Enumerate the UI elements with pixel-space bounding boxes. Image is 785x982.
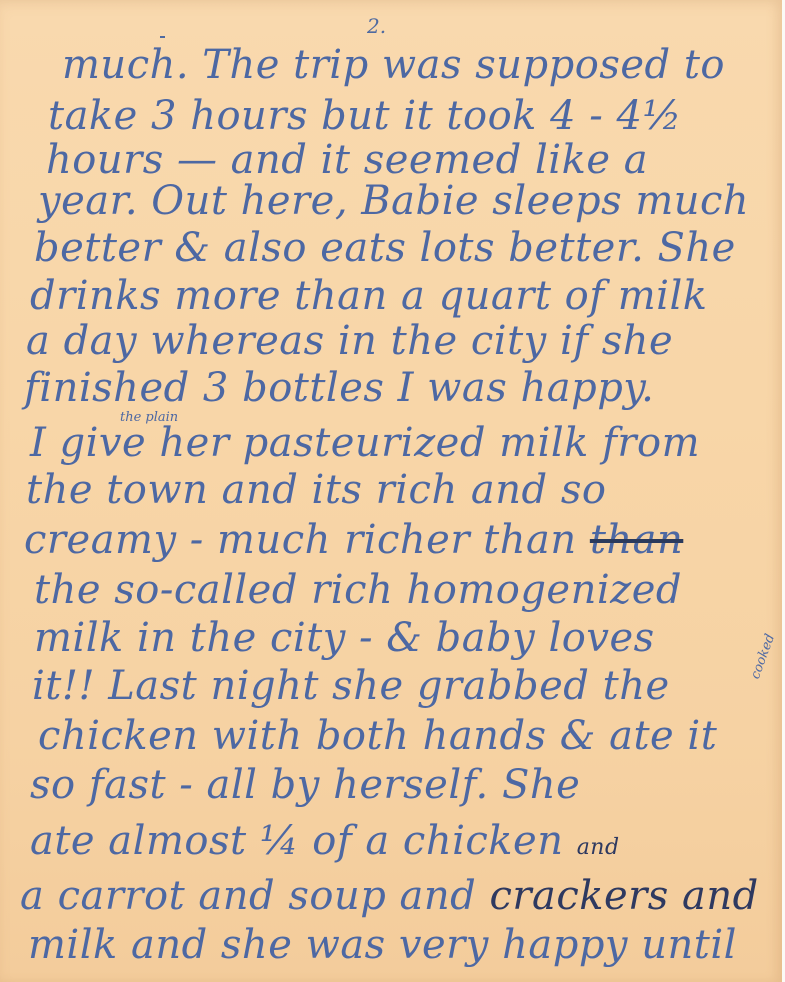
added-word: and [577,835,620,860]
line-text: chicken with both hands & ate it [38,713,717,759]
line-text: the town and its rich and so [26,467,606,513]
handwritten-line: it!! Last night she grabbed the [32,663,670,709]
handwritten-line: I give her pasteurized milk from [30,420,700,466]
handwritten-line: so fast - all by herself. She [30,762,580,808]
handwritten-line: milk and she was very happy until [28,922,737,968]
line-text: ate almost ¼ of a chicken [30,818,563,864]
letter-page: 2. much. The trip was supposed to take 3… [0,0,782,982]
line-text: hours — and it seemed like a [46,137,648,183]
handwritten-line: much. The trip was supposed to [62,42,725,88]
line-text: it!! Last night she grabbed the [32,663,670,709]
line-text: creamy - much richer than [24,517,577,563]
line-text: finished 3 bottles I was happy. [24,365,654,411]
handwritten-line: creamy - much richer than than [24,517,683,563]
added-words: crackers and [489,873,758,919]
handwritten-line: a day whereas in the city if she [26,318,673,364]
handwritten-line: year. Out here, Babie sleeps much [38,178,749,224]
handwritten-line: take 3 hours but it took 4 - 4½ [48,93,682,139]
struck-out-word: than [590,517,683,563]
line-text: milk and she was very happy until [28,922,737,968]
handwritten-line: chicken with both hands & ate it [38,713,717,759]
line-text: year. Out here, Babie sleeps much [38,178,749,224]
page-number: 2. [367,14,386,38]
line-text: the so-called rich homogenized [34,567,682,613]
handwritten-line: a carrot and soup and crackers and [20,873,759,919]
handwritten-line: the so-called rich homogenized [34,567,682,613]
line-text: a carrot and soup and [20,873,476,919]
handwritten-line: hours — and it seemed like a [46,137,648,183]
pen-mark [160,36,165,38]
line-text: take 3 hours but it took 4 - 4½ [48,93,682,139]
handwritten-line: finished 3 bottles I was happy. [24,365,654,411]
handwritten-line: milk in the city - & baby loves [34,615,655,661]
line-text: better & also eats lots better. She [34,225,736,271]
handwritten-line: drinks more than a quart of milk [30,273,707,319]
inserted-text: cooked [748,632,778,681]
line-text: much. The trip was supposed to [62,42,725,88]
handwritten-line: ate almost ¼ of a chicken and [30,818,620,864]
line-text: drinks more than a quart of milk [30,273,707,319]
line-text: I give her pasteurized milk from [30,420,700,466]
line-text: so fast - all by herself. She [30,762,580,808]
handwritten-line: the town and its rich and so [26,467,606,513]
line-text: milk in the city - & baby loves [34,615,655,661]
handwritten-line: better & also eats lots better. She [34,225,736,271]
line-text: a day whereas in the city if she [26,318,673,364]
